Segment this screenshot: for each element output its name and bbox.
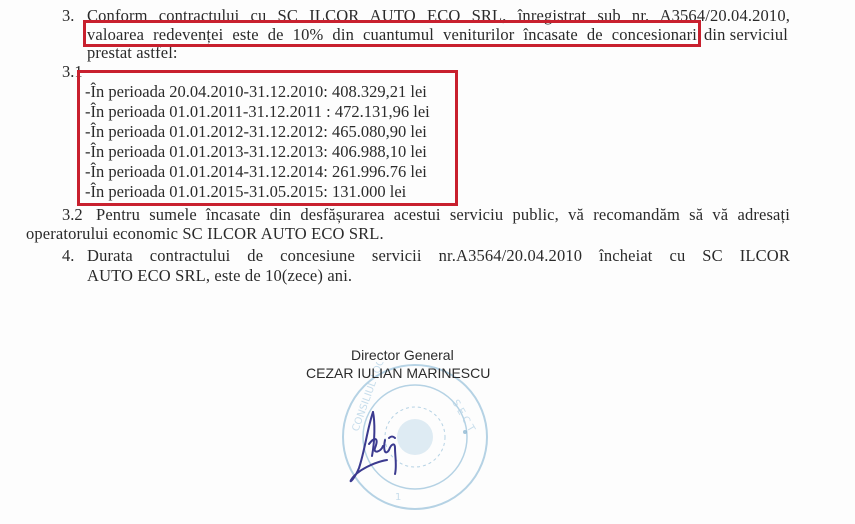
signatory-title: Director General [351,347,454,363]
item-3-2-number: 3.2 [62,205,83,225]
period-row: -În perioada 01.01.2015-31.05.2015: 131.… [85,182,406,201]
highlight-box-redeventa [83,20,701,47]
item-3-2-line-1: Pentru sumele încasate din desfășurarea … [96,205,790,225]
item-4-line-2: AUTO ECO SRL, este de 10(zece) ani. [87,266,352,286]
signatory-name: CEZAR IULIAN MARINESCU [306,365,490,381]
svg-text:1: 1 [395,492,401,503]
period-row: -În perioada 01.01.2012-31.12.2012: 465.… [85,122,427,141]
item-4-number: 4. [62,246,74,266]
svg-text:S E C T: S E C T [449,398,477,435]
period-row: -În perioada 01.01.2013-31.12.2013: 406.… [85,142,427,161]
item-4-line-1: Durata contractului de concesiune servic… [87,246,790,266]
item-3-2-line-2: operatorului economic SC ILCOR AUTO ECO … [26,224,384,244]
handwritten-signature [345,400,425,490]
period-row: -În perioada 20.04.2010-31.12.2010: 408.… [85,82,427,101]
period-row: -În perioada 01.01.2011-31.12.2011 : 472… [85,102,430,121]
item-3-number: 3. [62,6,74,26]
period-row: -În perioada 01.01.2014-31.12.2014: 261.… [85,162,427,181]
item-3-line-2-rest: din serviciul [704,25,788,45]
